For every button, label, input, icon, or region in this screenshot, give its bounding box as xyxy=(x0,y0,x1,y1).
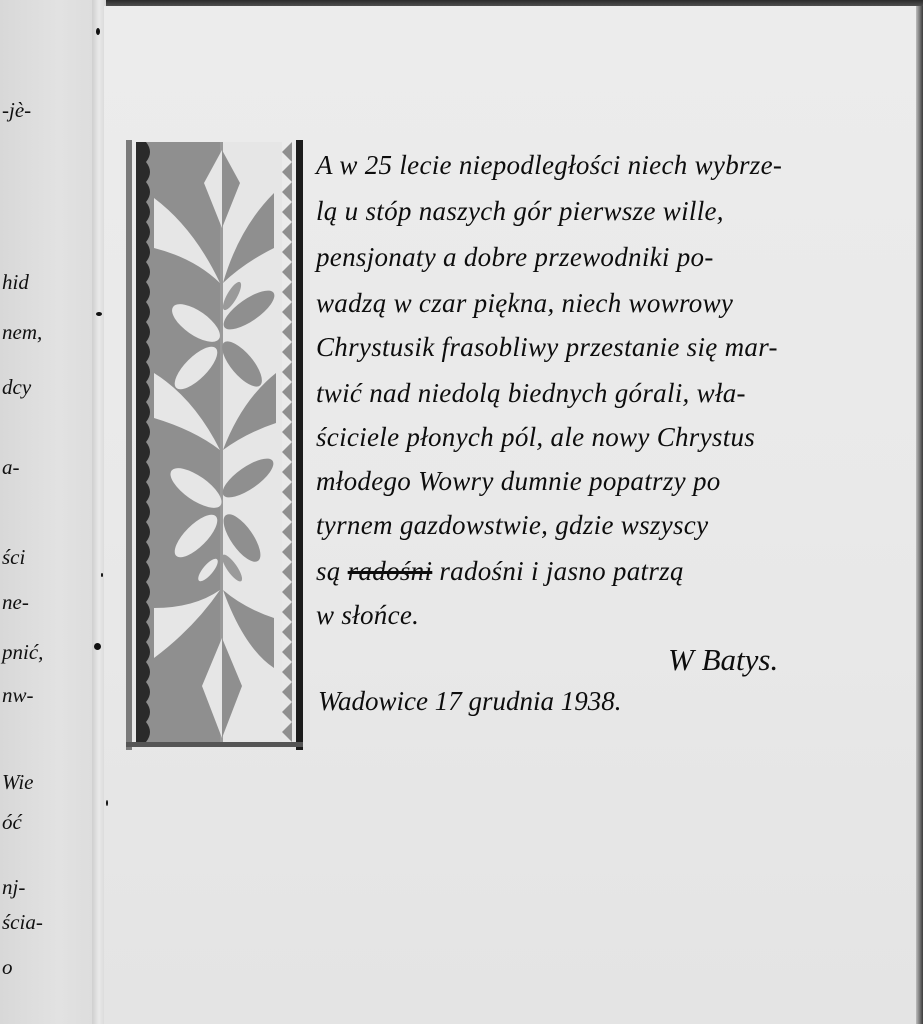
ink-speck xyxy=(96,312,102,316)
left-page-text-fragment: Wie xyxy=(2,770,34,795)
place-date-line: Wadowice 17 grudnia 1938. xyxy=(318,686,622,717)
left-page-text-fragment: ścia- xyxy=(2,910,43,935)
left-page-text-fragment: hid xyxy=(2,270,29,295)
text-line: A w 25 lecie niepodległości niech wybrze… xyxy=(316,150,916,181)
left-page xyxy=(0,0,98,1024)
text-fragment: są xyxy=(316,556,348,586)
text-line: ściciele płonych pól, ale nowy Chrystus xyxy=(316,422,916,453)
left-page-text-fragment: -jè- xyxy=(2,98,31,123)
left-page-text-fragment: nem, xyxy=(2,320,42,345)
text-fragment: radośni i jasno patrzą xyxy=(432,556,683,586)
left-page-text-fragment: óć xyxy=(2,810,22,835)
left-page-text-fragment: a- xyxy=(2,455,20,480)
ink-speck xyxy=(106,800,108,806)
text-line: pensjonaty a dobre przewodniki po- xyxy=(316,242,916,273)
text-line: twić nad niedolą biednych górali, wła- xyxy=(316,378,916,409)
text-line: młodego Wowry dumnie popatrzy po xyxy=(316,466,916,497)
left-page-text-fragment: ści xyxy=(2,545,25,570)
left-page-text-fragment: pnić, xyxy=(2,640,43,665)
signature: W Batys. xyxy=(668,642,778,678)
ink-speck xyxy=(94,643,101,650)
text-line: tyrnem gazdowstwie, gdzie wszyscy xyxy=(316,510,916,541)
right-page-edge xyxy=(916,6,923,1024)
left-page-text-fragment: o xyxy=(2,955,13,980)
ink-speck xyxy=(96,28,100,35)
left-page-text-fragment: ne- xyxy=(2,590,29,615)
left-page-text-fragment: nj- xyxy=(2,875,25,900)
text-line: wadzą w czar piękna, niech wowrowy xyxy=(316,288,916,319)
left-page-text-fragment: dcy xyxy=(2,375,31,400)
folk-ornament-panel xyxy=(124,138,308,752)
text-line: lą u stóp naszych gór pierwsze wille, xyxy=(316,196,916,227)
text-line: Chrystusik frasobliwy przestanie się mar… xyxy=(316,332,916,363)
text-line: są radośni radośni i jasno patrzą xyxy=(316,556,916,587)
text-line: w słońce. xyxy=(316,600,916,631)
ink-speck xyxy=(101,573,103,577)
left-page-text-fragment: nw- xyxy=(2,683,34,708)
struck-out-word: radośni xyxy=(348,556,433,586)
